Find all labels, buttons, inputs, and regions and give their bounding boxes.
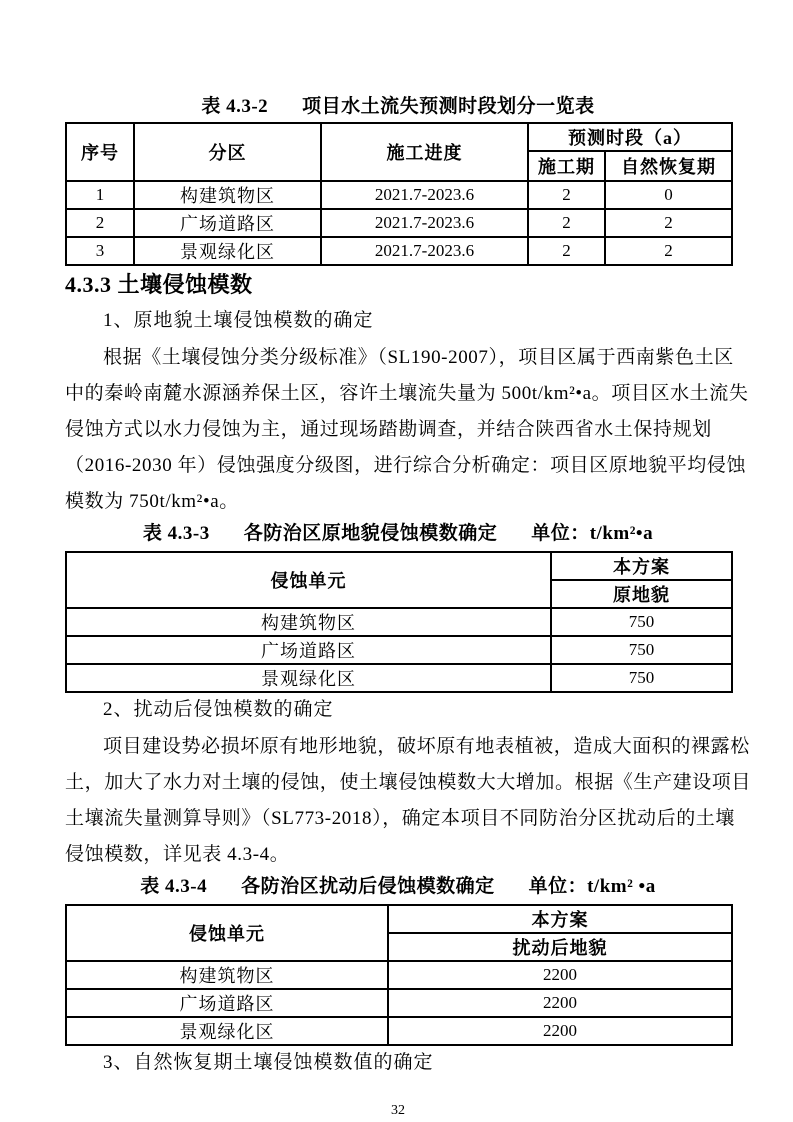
cell-index: 2 <box>66 209 134 237</box>
table1-header-index: 序号 <box>66 123 134 181</box>
paragraph-line: 侵蚀方式以水力侵蚀为主，通过现场踏勘调查，并结合陕西省水土保持规划 <box>65 412 731 448</box>
cell-construction-period: 2 <box>528 209 605 237</box>
cell-zone: 广场道路区 <box>134 209 321 237</box>
table-original-landform-modulus: 侵蚀单元 本方案 原地貌 构建筑物区 750 广场道路区 750 景观绿化区 7… <box>65 551 733 693</box>
table1-header-recovery: 自然恢复期 <box>605 151 732 181</box>
cell-schedule: 2021.7-2023.6 <box>321 237 528 265</box>
cell-construction-period: 2 <box>528 181 605 209</box>
list-item-1: 1、原地貌土壤侵蚀模数的确定 <box>65 304 731 337</box>
table-row: 景观绿化区 750 <box>66 664 732 692</box>
paragraph-line: 土，加大了水力对土壤的侵蚀，使土壤侵蚀模数大大增加。根据《生产建设项目 <box>65 765 731 801</box>
cell-erosion-unit: 广场道路区 <box>66 989 388 1017</box>
table1-header-schedule: 施工进度 <box>321 123 528 181</box>
section-heading: 4.3.3 土壤侵蚀模数 <box>65 271 731 298</box>
table-row: 构建筑物区 750 <box>66 608 732 636</box>
table3-header-scheme: 本方案 <box>388 905 732 933</box>
table3-caption-label: 表 4.3-4 <box>140 876 207 898</box>
page-content: 表 4.3-2 项目水土流失预测时段划分一览表 序号 分区 施工进度 预测时段（… <box>0 0 793 1119</box>
table3-header-row-1: 侵蚀单元 本方案 <box>66 905 732 933</box>
table1-caption: 表 4.3-2 项目水土流失预测时段划分一览表 <box>65 96 731 118</box>
table2-caption: 表 4.3-3 各防治区原地貌侵蚀模数确定 单位：t/km²•a <box>65 523 731 545</box>
paragraph-line: （2016-2030 年）侵蚀强度分级图，进行综合分析确定：项目区原地貌平均侵蚀 <box>65 448 731 484</box>
paragraph-line: 模数为 750t/km²•a。 <box>65 484 731 520</box>
table1-header-row-1: 序号 分区 施工进度 预测时段（a） <box>66 123 732 151</box>
table-row: 广场道路区 2200 <box>66 989 732 1017</box>
list-item-3: 3、自然恢复期土壤侵蚀模数值的确定 <box>65 1047 731 1079</box>
cell-zone: 景观绿化区 <box>134 237 321 265</box>
cell-index: 3 <box>66 237 134 265</box>
table-row: 3 景观绿化区 2021.7-2023.6 2 2 <box>66 237 732 265</box>
cell-construction-period: 2 <box>528 237 605 265</box>
table3-header-sub: 扰动后地貌 <box>388 933 732 961</box>
cell-erosion-unit: 广场道路区 <box>66 636 551 664</box>
paragraph-line: 根据《土壤侵蚀分类分级标准》（SL190-2007），项目区属于西南紫色土区 <box>65 340 731 376</box>
table2-caption-unit: 单位：t/km²•a <box>531 523 653 545</box>
cell-recovery-period: 2 <box>605 209 732 237</box>
table3-caption-title: 各防治区扰动后侵蚀模数确定 <box>241 876 495 898</box>
table1-header-period-group: 预测时段（a） <box>528 123 732 151</box>
table1-caption-label: 表 4.3-2 <box>201 96 268 118</box>
paragraph-line: 侵蚀模数，详见表 4.3-4。 <box>65 837 731 873</box>
cell-erosion-unit: 构建筑物区 <box>66 961 388 989</box>
table3-header-erosion-unit: 侵蚀单元 <box>66 905 388 961</box>
cell-schedule: 2021.7-2023.6 <box>321 181 528 209</box>
cell-index: 1 <box>66 181 134 209</box>
cell-recovery-period: 0 <box>605 181 732 209</box>
table-prediction-periods: 序号 分区 施工进度 预测时段（a） 施工期 自然恢复期 1 构建筑物区 202… <box>65 122 733 266</box>
table3-caption-unit: 单位：t/km² •a <box>529 876 656 898</box>
cell-erosion-unit: 景观绿化区 <box>66 1017 388 1045</box>
cell-modulus: 750 <box>551 664 732 692</box>
paragraph-line: 中的秦岭南麓水源涵养保土区，容许土壤流失量为 500t/km²•a。项目区水土流… <box>65 376 731 412</box>
table2-header-scheme: 本方案 <box>551 552 732 580</box>
table3-caption: 表 4.3-4 各防治区扰动后侵蚀模数确定 单位：t/km² •a <box>65 876 731 898</box>
cell-modulus: 750 <box>551 636 732 664</box>
table-row: 2 广场道路区 2021.7-2023.6 2 2 <box>66 209 732 237</box>
table2-header-row-1: 侵蚀单元 本方案 <box>66 552 732 580</box>
cell-modulus: 2200 <box>388 961 732 989</box>
table-disturbed-modulus: 侵蚀单元 本方案 扰动后地貌 构建筑物区 2200 广场道路区 2200 景观绿… <box>65 904 733 1046</box>
paragraph-line: 土壤流失量测算导则》（SL773-2018），确定本项目不同防治分区扰动后的土壤 <box>65 801 731 837</box>
cell-erosion-unit: 构建筑物区 <box>66 608 551 636</box>
table2-caption-title: 各防治区原地貌侵蚀模数确定 <box>244 523 498 545</box>
page-number: 32 <box>65 1103 731 1119</box>
body-paragraph-1: 根据《土壤侵蚀分类分级标准》（SL190-2007），项目区属于西南紫色土区 中… <box>65 340 731 520</box>
table2-caption-label: 表 4.3-3 <box>143 523 210 545</box>
cell-modulus: 2200 <box>388 989 732 1017</box>
cell-modulus: 2200 <box>388 1017 732 1045</box>
table2-header-erosion-unit: 侵蚀单元 <box>66 552 551 608</box>
body-paragraph-2: 项目建设势必损坏原有地形地貌，破坏原有地表植被，造成大面积的裸露松 土，加大了水… <box>65 729 731 873</box>
list-item-2: 2、扰动后侵蚀模数的确定 <box>65 694 731 726</box>
paragraph-line: 项目建设势必损坏原有地形地貌，破坏原有地表植被，造成大面积的裸露松 <box>65 729 731 765</box>
cell-schedule: 2021.7-2023.6 <box>321 209 528 237</box>
table-row: 1 构建筑物区 2021.7-2023.6 2 0 <box>66 181 732 209</box>
cell-zone: 构建筑物区 <box>134 181 321 209</box>
table-row: 广场道路区 750 <box>66 636 732 664</box>
cell-erosion-unit: 景观绿化区 <box>66 664 551 692</box>
document-page: 表 4.3-2 项目水土流失预测时段划分一览表 序号 分区 施工进度 预测时段（… <box>0 0 793 1122</box>
table-row: 构建筑物区 2200 <box>66 961 732 989</box>
cell-modulus: 750 <box>551 608 732 636</box>
cell-recovery-period: 2 <box>605 237 732 265</box>
table1-header-zone: 分区 <box>134 123 321 181</box>
table1-header-construction: 施工期 <box>528 151 605 181</box>
table-row: 景观绿化区 2200 <box>66 1017 732 1045</box>
table2-header-sub: 原地貌 <box>551 580 732 608</box>
table1-caption-title: 项目水土流失预测时段划分一览表 <box>302 96 595 118</box>
